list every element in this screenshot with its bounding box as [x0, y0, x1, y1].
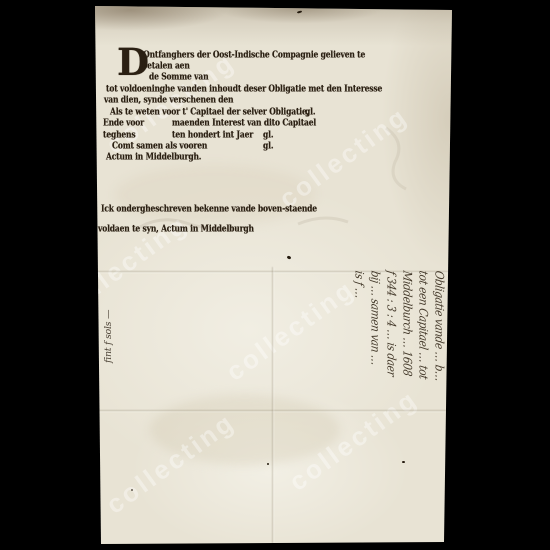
- printed-guilder-label: gl.: [305, 107, 315, 118]
- docket-line: Middelburch … 1608: [398, 269, 416, 420]
- docket-line: Obligatie vande … b…: [430, 269, 448, 420]
- ink-show-through: [0, 0, 550, 550]
- docket-line: bij … samen van …: [366, 269, 384, 420]
- handwritten-left-note: fint f sols —: [103, 287, 123, 363]
- printed-line: Comt samen als vooren: [112, 141, 207, 152]
- printed-line: teghens: [103, 130, 135, 141]
- printed-line: maenden Interest van dito Capitael: [172, 118, 316, 129]
- printed-line: betalen aen: [142, 61, 190, 72]
- printed-line: Actum in Middelburgh.: [106, 152, 201, 163]
- docket-line: f 344 : 3 : 4 … is daer: [382, 269, 400, 420]
- printed-guilder-label: gl.: [263, 130, 273, 141]
- printed-line: Als te weten voor t' Capitael der selver…: [110, 107, 309, 118]
- printed-line: Ende voor: [103, 118, 144, 129]
- printed-line: de Somme van: [149, 72, 208, 83]
- printed-line: Ick ondergheschreven bekenne vande boven…: [101, 204, 317, 215]
- ink-speck: [131, 489, 133, 491]
- printed-line: ten hondert int Jaer: [172, 130, 253, 141]
- printed-line: tot voldoeninghe vanden inhoudt deser Ob…: [106, 84, 382, 95]
- ink-speck: [267, 463, 269, 465]
- handwritten-docket: Obligatie vande … b… tot een Capitael … …: [350, 272, 448, 420]
- printed-line: voldaen te syn, Actum in Middelburgh: [98, 224, 254, 235]
- printed-line: 'Ontfanghers der Oost-Indische Compagnie…: [141, 50, 365, 61]
- docket-line: is f …: [350, 269, 368, 420]
- docket-line: tot een Capitael … tot: [414, 269, 432, 420]
- printed-guilder-label: gl.: [263, 141, 273, 152]
- printed-line: van dien, synde verschenen den: [104, 95, 233, 106]
- ink-speck: [402, 461, 405, 463]
- document-photo: collecting collecting collecting collect…: [0, 0, 550, 550]
